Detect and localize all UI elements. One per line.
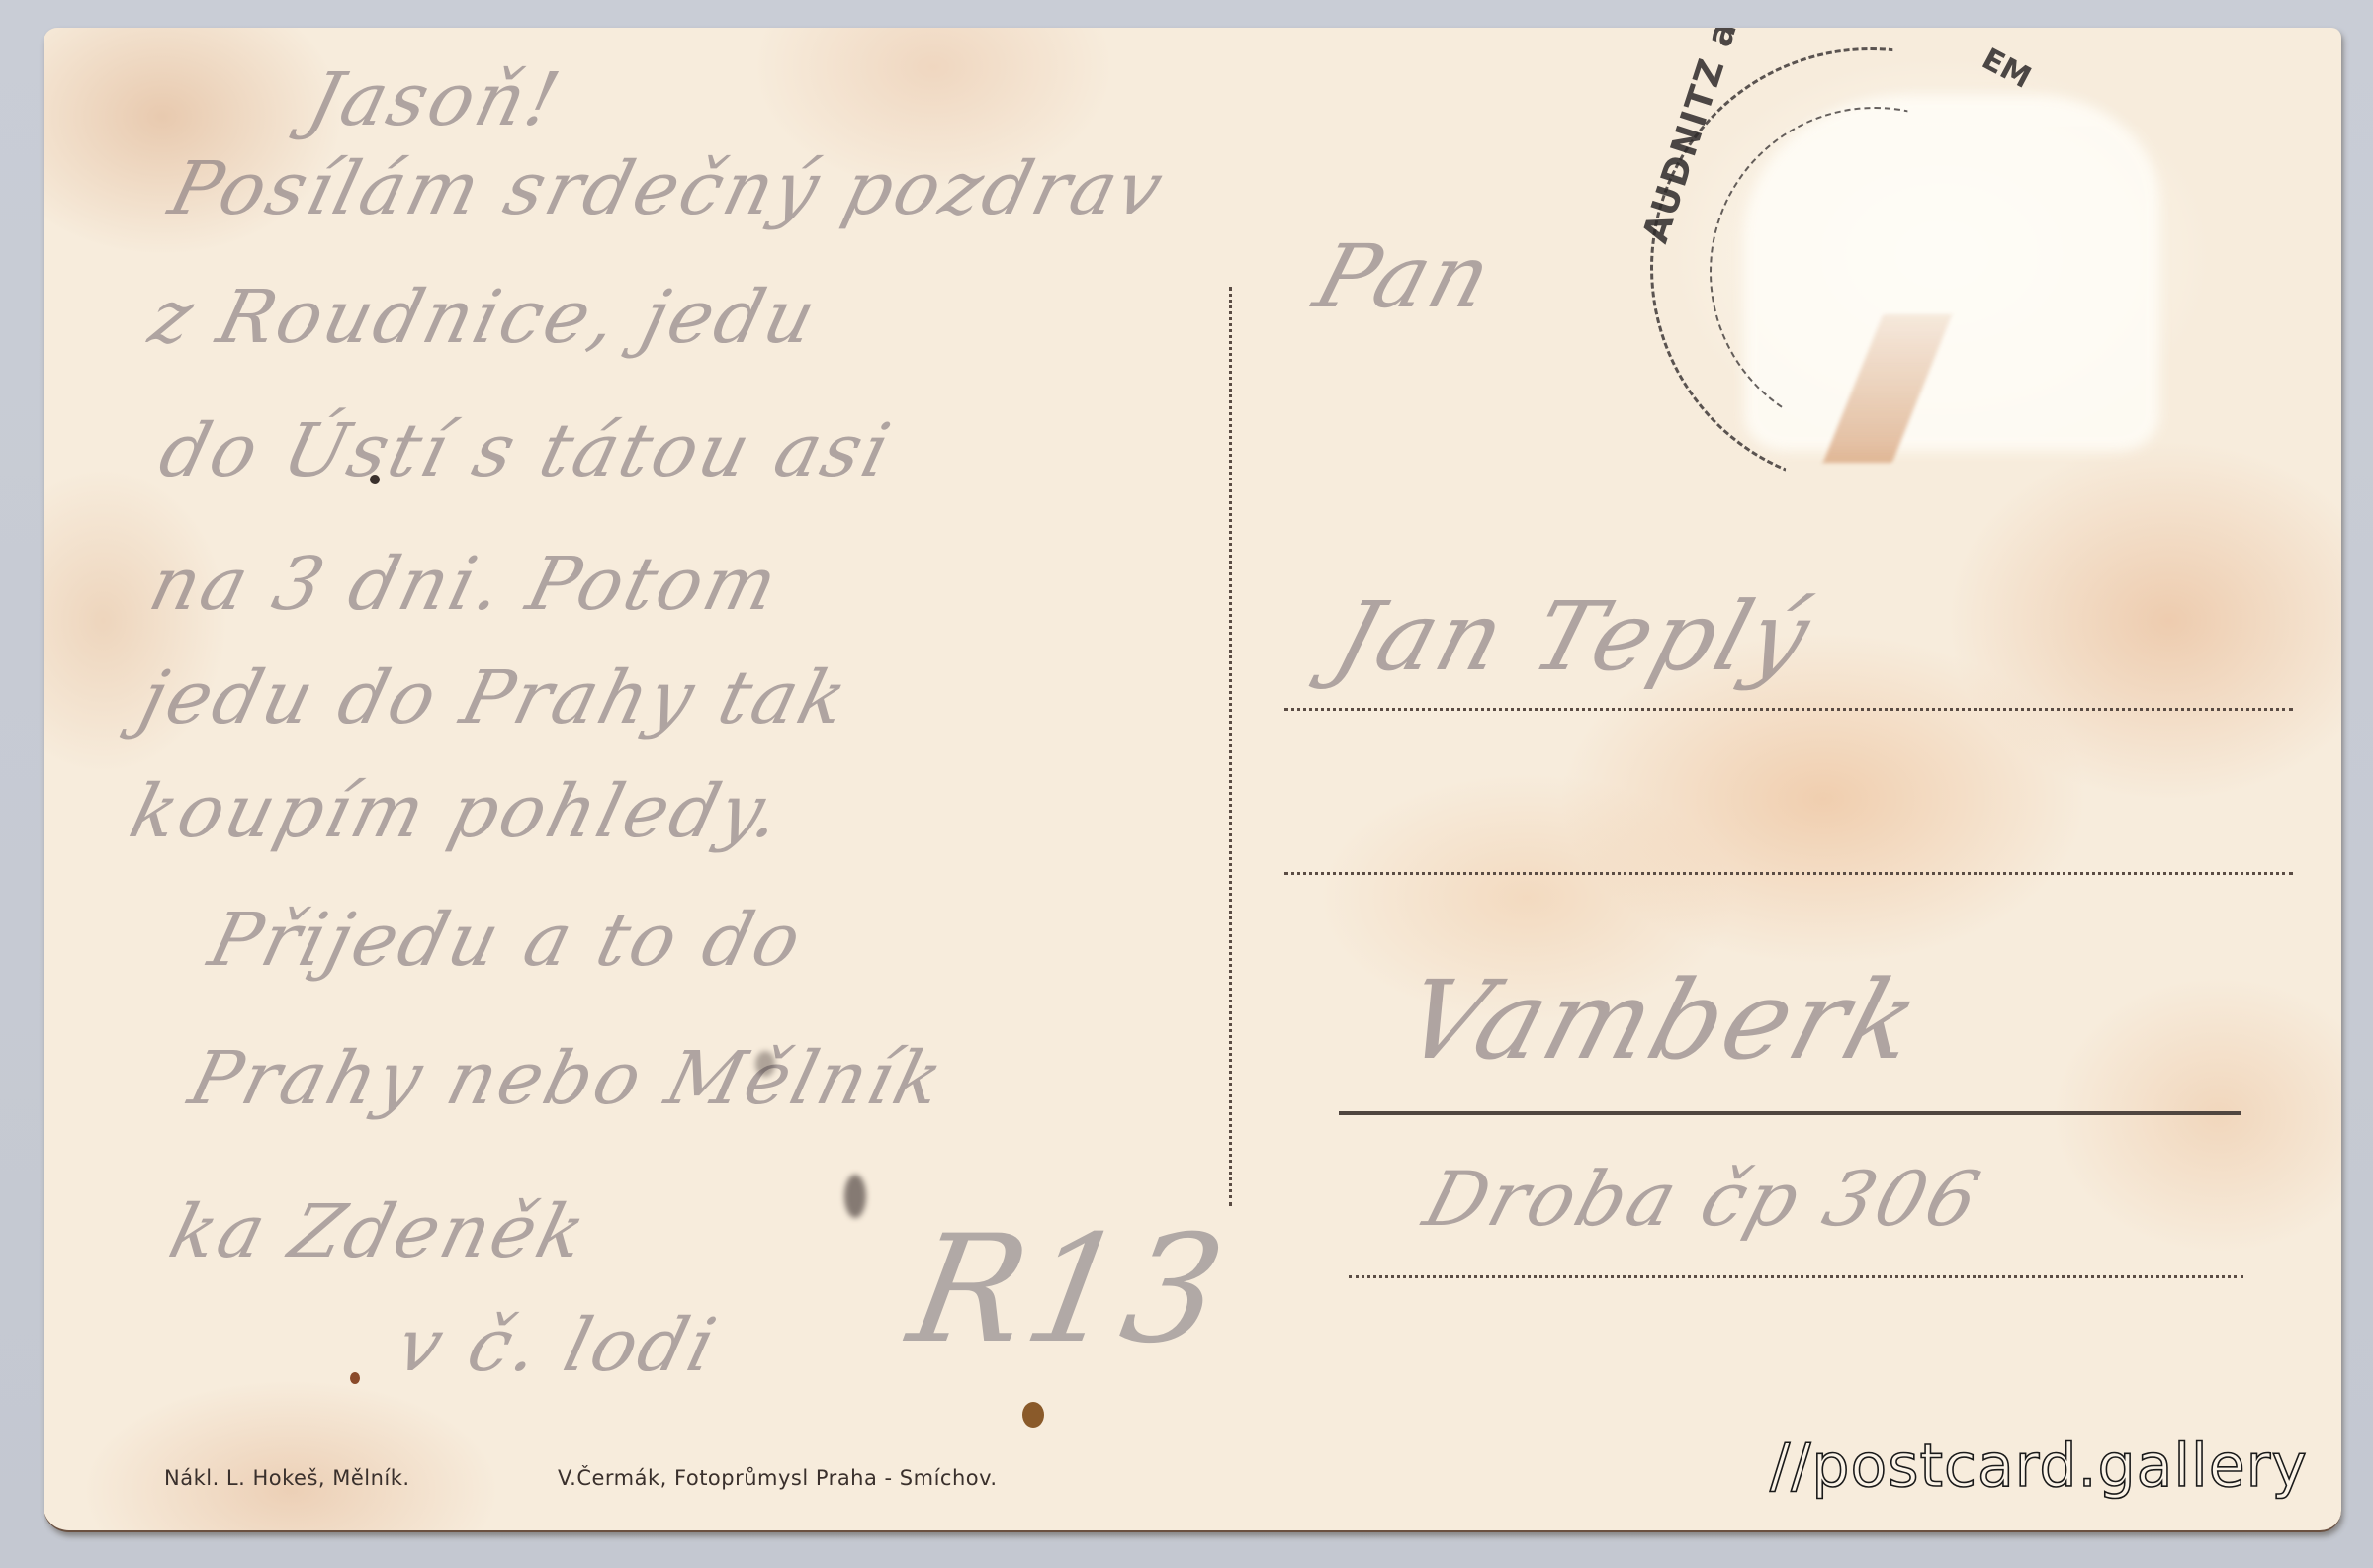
postmark-top-text: EM <box>1977 42 2037 96</box>
message-line: Posílám srdečný pozdrav <box>161 146 1173 231</box>
address-line-3 <box>1339 1111 2241 1115</box>
ink-smudge <box>844 1175 866 1218</box>
publisher-imprint: Nákl. L. Hokeš, Mělník. <box>164 1466 410 1490</box>
postcard-back: AUDNITZ a.d. ELBE EM Jasoň! Posílám srde… <box>44 28 2341 1532</box>
message-line: z Roudnice, jedu <box>141 275 827 360</box>
watermark-logo: //postcard.gallery <box>1770 1432 2308 1501</box>
address-salutation: Pan <box>1304 225 1505 327</box>
address-name: Jan Teplý <box>1323 581 1824 692</box>
address-town: Vamberk <box>1390 957 1936 1084</box>
message-line: ka Zdeněk <box>161 1189 596 1274</box>
ink-smudge <box>755 1051 775 1077</box>
message-line: do Ústí s tátou asi <box>151 408 901 493</box>
address-line-2 <box>1284 872 2293 875</box>
rust-spot <box>1022 1402 1044 1428</box>
message-line: Prahy nebo Mělník <box>181 1036 953 1121</box>
message-line: v č. lodi <box>389 1303 727 1388</box>
address-street: Droba čp 306 <box>1415 1155 1991 1243</box>
vertical-divider <box>1229 287 1232 1206</box>
address-line-1 <box>1284 708 2293 711</box>
address-line-4 <box>1349 1275 2243 1278</box>
ink-spot <box>370 475 380 484</box>
reference-mark: R13 <box>899 1204 1238 1376</box>
printer-imprint: V.Čermák, Fotoprůmysl Praha - Smíchov. <box>558 1466 998 1490</box>
rust-spot <box>350 1372 360 1384</box>
message-line: koupím pohledy. <box>122 769 792 854</box>
message-line: na 3 dni. Potom <box>141 542 788 627</box>
message-line: Přijedu a to do <box>201 898 812 983</box>
message-line: Jasoň! <box>300 57 570 142</box>
message-line: jedu do Prahy tak <box>132 655 857 740</box>
